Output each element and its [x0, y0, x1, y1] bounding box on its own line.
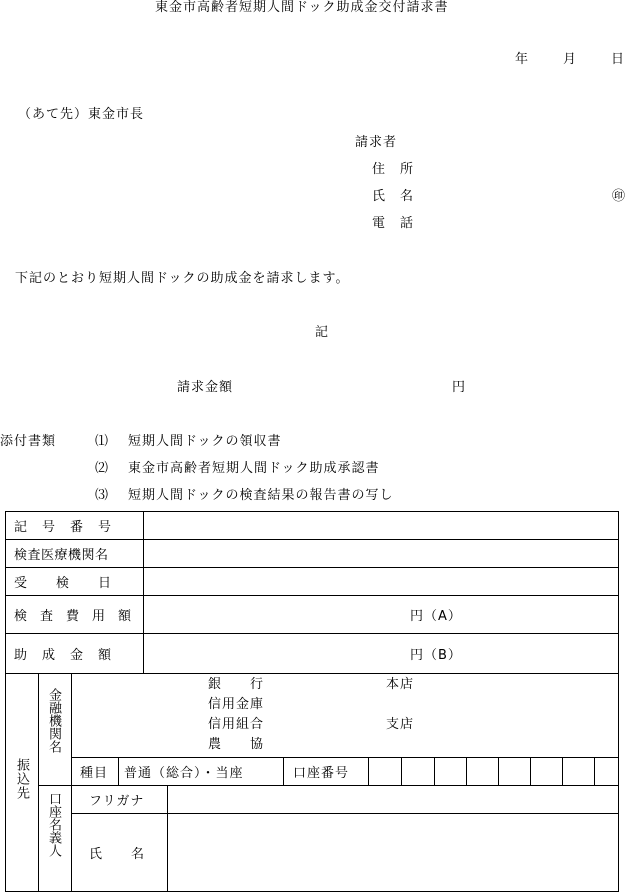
- attachments-label: 添付書類: [0, 434, 56, 450]
- account-number-digit-1[interactable]: [369, 758, 401, 785]
- exam-date-field[interactable]: [144, 568, 618, 595]
- request-statement: 下記のとおり短期人間ドックの助成金を請求します。: [15, 271, 349, 287]
- addressee: （あて先）東金市長: [18, 107, 144, 123]
- furigana-field[interactable]: [168, 786, 618, 813]
- claim-amount-label: 請求金額: [177, 380, 233, 396]
- requester-heading: 請求者: [355, 135, 397, 151]
- seal-mark: ㊞: [612, 189, 625, 205]
- document-title: 東金市高齢者短期人間ドック助成金交付請求書: [155, 0, 448, 16]
- claim-amount-unit: 円: [452, 380, 465, 396]
- attachment-2-text: 東金市高齢者短期人間ドック助成承認書: [128, 461, 379, 477]
- attachment-2-num: ⑵: [95, 461, 108, 477]
- holder-name-field[interactable]: [168, 814, 618, 891]
- requester-address-label: 住 所: [372, 162, 414, 178]
- exam-cost-unit: 円（A）: [410, 595, 462, 633]
- medical-institution-field[interactable]: [144, 540, 618, 567]
- account-type-options[interactable]: 普通（総合）・当座: [124, 757, 244, 785]
- row-label-medical-institution: 検査医療機関名: [14, 539, 109, 567]
- requester-name-label: 氏 名: [372, 189, 414, 205]
- holder-name-label: 氏 名: [89, 813, 145, 891]
- account-number-label: 口座番号: [293, 757, 349, 785]
- ki-heading: 記: [315, 325, 328, 341]
- attachment-3-num: ⑶: [95, 488, 108, 504]
- row-label-exam-date: 受 検 日: [14, 567, 112, 595]
- account-number-digit-8[interactable]: [595, 758, 618, 785]
- row-label-code-number: 記 号 番 号: [14, 511, 112, 539]
- attachment-1-text: 短期人間ドックの領収書: [128, 434, 281, 450]
- date-year-label: 年: [515, 52, 528, 68]
- financial-institution-field[interactable]: [72, 674, 618, 757]
- transfer-destination-label: 振込先: [13, 758, 29, 800]
- attachment-1-num: ⑴: [95, 434, 108, 450]
- requester-phone-label: 電 話: [372, 216, 414, 232]
- financial-institution-label: 金融機関名: [45, 688, 61, 753]
- exam-cost-field[interactable]: [144, 596, 618, 633]
- attachment-3-text: 短期人間ドックの検査結果の報告書の写し: [128, 488, 393, 504]
- account-number-digit-5[interactable]: [499, 758, 530, 785]
- account-type-label: 種目: [80, 757, 108, 785]
- date-month-label: 月: [563, 52, 576, 68]
- date-day-label: 日: [611, 52, 624, 68]
- account-number-digit-4[interactable]: [467, 758, 498, 785]
- account-number-digit-2[interactable]: [402, 758, 434, 785]
- account-holder-label: 口座名義人: [45, 792, 61, 857]
- subsidy-amount-field[interactable]: [144, 634, 618, 673]
- furigana-label: フリガナ: [89, 785, 144, 813]
- code-number-field[interactable]: [144, 512, 618, 539]
- account-number-digit-3[interactable]: [435, 758, 466, 785]
- account-number-digit-6[interactable]: [531, 758, 562, 785]
- subsidy-amount-unit: 円（B）: [410, 633, 462, 673]
- account-number-digit-7[interactable]: [563, 758, 594, 785]
- row-label-subsidy-amount: 助 成 金 額: [14, 633, 112, 673]
- row-label-exam-cost: 検 査 費 用 額: [14, 595, 131, 633]
